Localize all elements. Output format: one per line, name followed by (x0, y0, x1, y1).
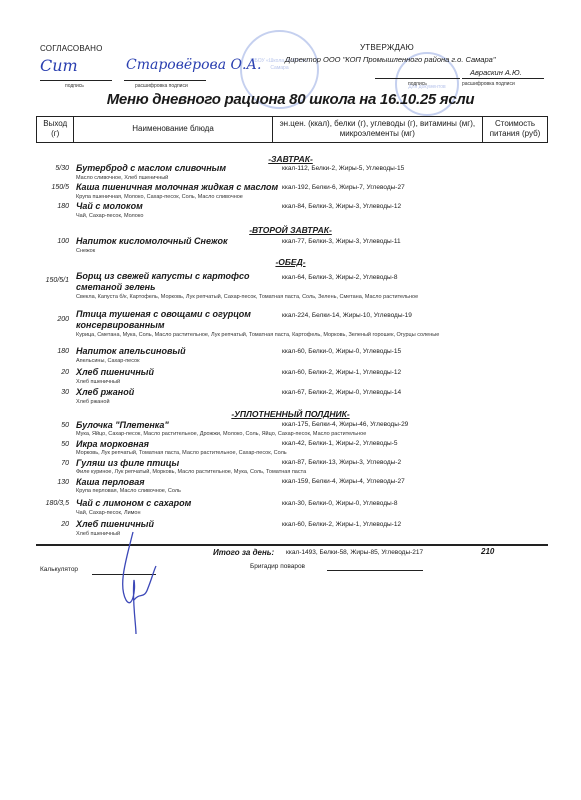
item-yield: 50 (36, 422, 69, 429)
item-ingredients: Мука, Яйцо, Сахар-песок, Масло раститель… (76, 431, 496, 438)
chef-label: Бригадир поваров (250, 563, 305, 570)
item-ingredients: Чай, Сахар-песок, Лимон (76, 510, 456, 517)
section-title-afternoon-snack: -УПЛОТНЕННЫЙ ПОЛДНИК- (0, 409, 581, 419)
calculator-signature (108, 530, 168, 635)
company-stamp-text: Для документов (397, 84, 457, 90)
col-yield: Выход (г) (37, 117, 74, 143)
item-ingredients: Хлеб ржаной (76, 399, 456, 406)
item-ingredients: Курица, Сметана, Мука, Соль, Масло расти… (76, 332, 456, 339)
approve-label: УТВЕРЖДАЮ (360, 43, 414, 52)
item-name: Булочка "Плетенка" (76, 420, 276, 431)
item-ingredients: Морковь, Лук репчатый, Томатная паста, М… (76, 450, 456, 457)
item-yield: 180 (36, 203, 69, 210)
item-nutrition: ккал-192, Белки-6, Жиры-7, Углеводы-27 (282, 184, 405, 191)
col-dish: Наименование блюда (74, 117, 272, 143)
item-ingredients: Хлеб пшеничный (76, 379, 456, 386)
item-nutrition: ккал-60, Белки-0, Жиры-0, Углеводы-15 (282, 348, 401, 355)
item-nutrition: ккал-112, Белки-2, Жиры-5, Углеводы-15 (282, 165, 404, 172)
item-nutrition: ккал-64, Белки-3, Жиры-2, Углеводы-8 (282, 274, 397, 281)
calculator-label: Калькулятор (40, 566, 78, 573)
item-ingredients: Чай, Сахар-песок, Молоко (76, 213, 456, 220)
item-nutrition: ккал-60, Белки-2, Жиры-1, Углеводы-12 (282, 521, 401, 528)
item-ingredients: Филе куриное, Лук репчатый, Морковь, Мас… (76, 469, 456, 476)
left-name-line (124, 80, 206, 81)
item-yield: 30 (36, 389, 69, 396)
menu-table-header: Выход (г) Наименование блюда эн.цен. (кк… (36, 116, 548, 143)
right-name-caption: расшифровка подписи (462, 81, 515, 87)
item-ingredients: Масло сливочное, Хлеб пшеничный (76, 175, 456, 182)
item-yield: 20 (36, 369, 69, 376)
item-yield: 50 (36, 441, 69, 448)
col-cost: Стоимость питания (руб) (483, 117, 548, 143)
item-yield: 5/30 (36, 165, 69, 172)
item-name: Каша перловая (76, 477, 276, 488)
item-name: Каша пшеничная молочная жидкая с маслом (76, 182, 281, 193)
section-title-second-breakfast: -ВТОРОЙ ЗАВТРАК- (0, 225, 581, 235)
item-name: Чай с лимоном с сахаром (76, 498, 276, 509)
item-yield: 150/5 (36, 184, 69, 191)
item-yield: 130 (36, 479, 69, 486)
col-nutrition: эн.цен. (ккал), белки (г), углеводы (г),… (272, 117, 482, 143)
item-yield: 70 (36, 460, 69, 467)
item-nutrition: ккал-42, Белки-1, Жиры-2, Углеводы-5 (282, 440, 397, 447)
item-nutrition: ккал-87, Белки-13, Жиры-3, Углеводы-2 (282, 459, 401, 466)
item-nutrition: ккал-77, Белки-3, Жиры-3, Углеводы-11 (282, 238, 401, 245)
item-nutrition: ккал-159, Белки-4, Жиры-4, Углеводы-27 (282, 478, 405, 485)
item-ingredients: Апельсины, Сахар-песок (76, 358, 456, 365)
left-signature: Сит (40, 56, 78, 75)
item-name: Хлеб ржаной (76, 387, 276, 398)
right-signature-line (375, 78, 460, 79)
item-yield: 200 (36, 316, 69, 323)
item-name: Напиток апельсиновый (76, 346, 276, 357)
item-yield: 150/5/1 (36, 277, 69, 284)
item-name: Гуляш из филе птицы (76, 458, 276, 469)
total-nutrition: ккал-1493, Белки-58, Жиры-85, Углеводы-2… (286, 549, 423, 556)
item-nutrition: ккал-67, Белки-2, Жиры-0, Углеводы-14 (282, 389, 401, 396)
item-name: Икра морковная (76, 439, 276, 450)
item-yield: 180 (36, 348, 69, 355)
item-yield: 20 (36, 521, 69, 528)
total-label: Итого за день: (213, 548, 274, 557)
item-nutrition: ккал-84, Белки-3, Жиры-3, Углеводы-12 (282, 203, 401, 210)
item-yield: 100 (36, 238, 69, 245)
item-nutrition: ккал-60, Белки-2, Жиры-1, Углеводы-12 (282, 369, 401, 376)
right-signature-caption: подпись (408, 81, 427, 87)
item-ingredients: Снежок (76, 248, 456, 255)
item-nutrition: ккал-224, Белки-14, Жиры-10, Углеводы-19 (282, 312, 412, 319)
item-ingredients: Крупа пшеничная, Молоко, Сахар-песок, Со… (76, 194, 456, 201)
page-title: Меню дневного рациона 80 школа на 16.10.… (0, 91, 581, 108)
item-nutrition: ккал-30, Белки-0, Жиры-0, Углеводы-8 (282, 500, 397, 507)
item-ingredients: Крупа перловая, Масло сливочное, Соль (76, 488, 456, 495)
item-name: Борщ из свежей капусты с картофсо сметан… (76, 271, 276, 293)
chef-signature-line (327, 570, 423, 571)
director-position: Директор ООО "КОП Промышленного района г… (285, 55, 495, 64)
item-name: Бутерброд с маслом сливочным (76, 163, 276, 174)
approved-label: СОГЛАСОВАНО (40, 44, 103, 53)
item-nutrition: ккал-175, Белки-4, Жиры-46, Углеводы-29 (282, 421, 408, 428)
total-price: 210 (481, 547, 494, 556)
item-name: Чай с молоком (76, 201, 276, 212)
section-title-lunch: -ОБЕД- (0, 257, 581, 267)
left-name-caption: расшифровка подписи (135, 83, 188, 89)
item-yield: 180/3,5 (36, 500, 69, 507)
left-signature-line (40, 80, 112, 81)
item-name: Хлеб пшеничный (76, 519, 276, 530)
right-signer-name: Авраскин А.Ю. (470, 68, 522, 77)
item-name: Напиток кисломолочный Снежок (76, 236, 276, 247)
right-name-line (462, 78, 544, 79)
item-name: Птица тушеная с овощами с огурцом консер… (76, 309, 266, 331)
item-name: Хлеб пшеничный (76, 367, 276, 378)
left-signature-caption: подпись (65, 83, 84, 89)
item-ingredients: Свекла, Капуста б/к, Картофель, Морковь,… (76, 294, 456, 301)
